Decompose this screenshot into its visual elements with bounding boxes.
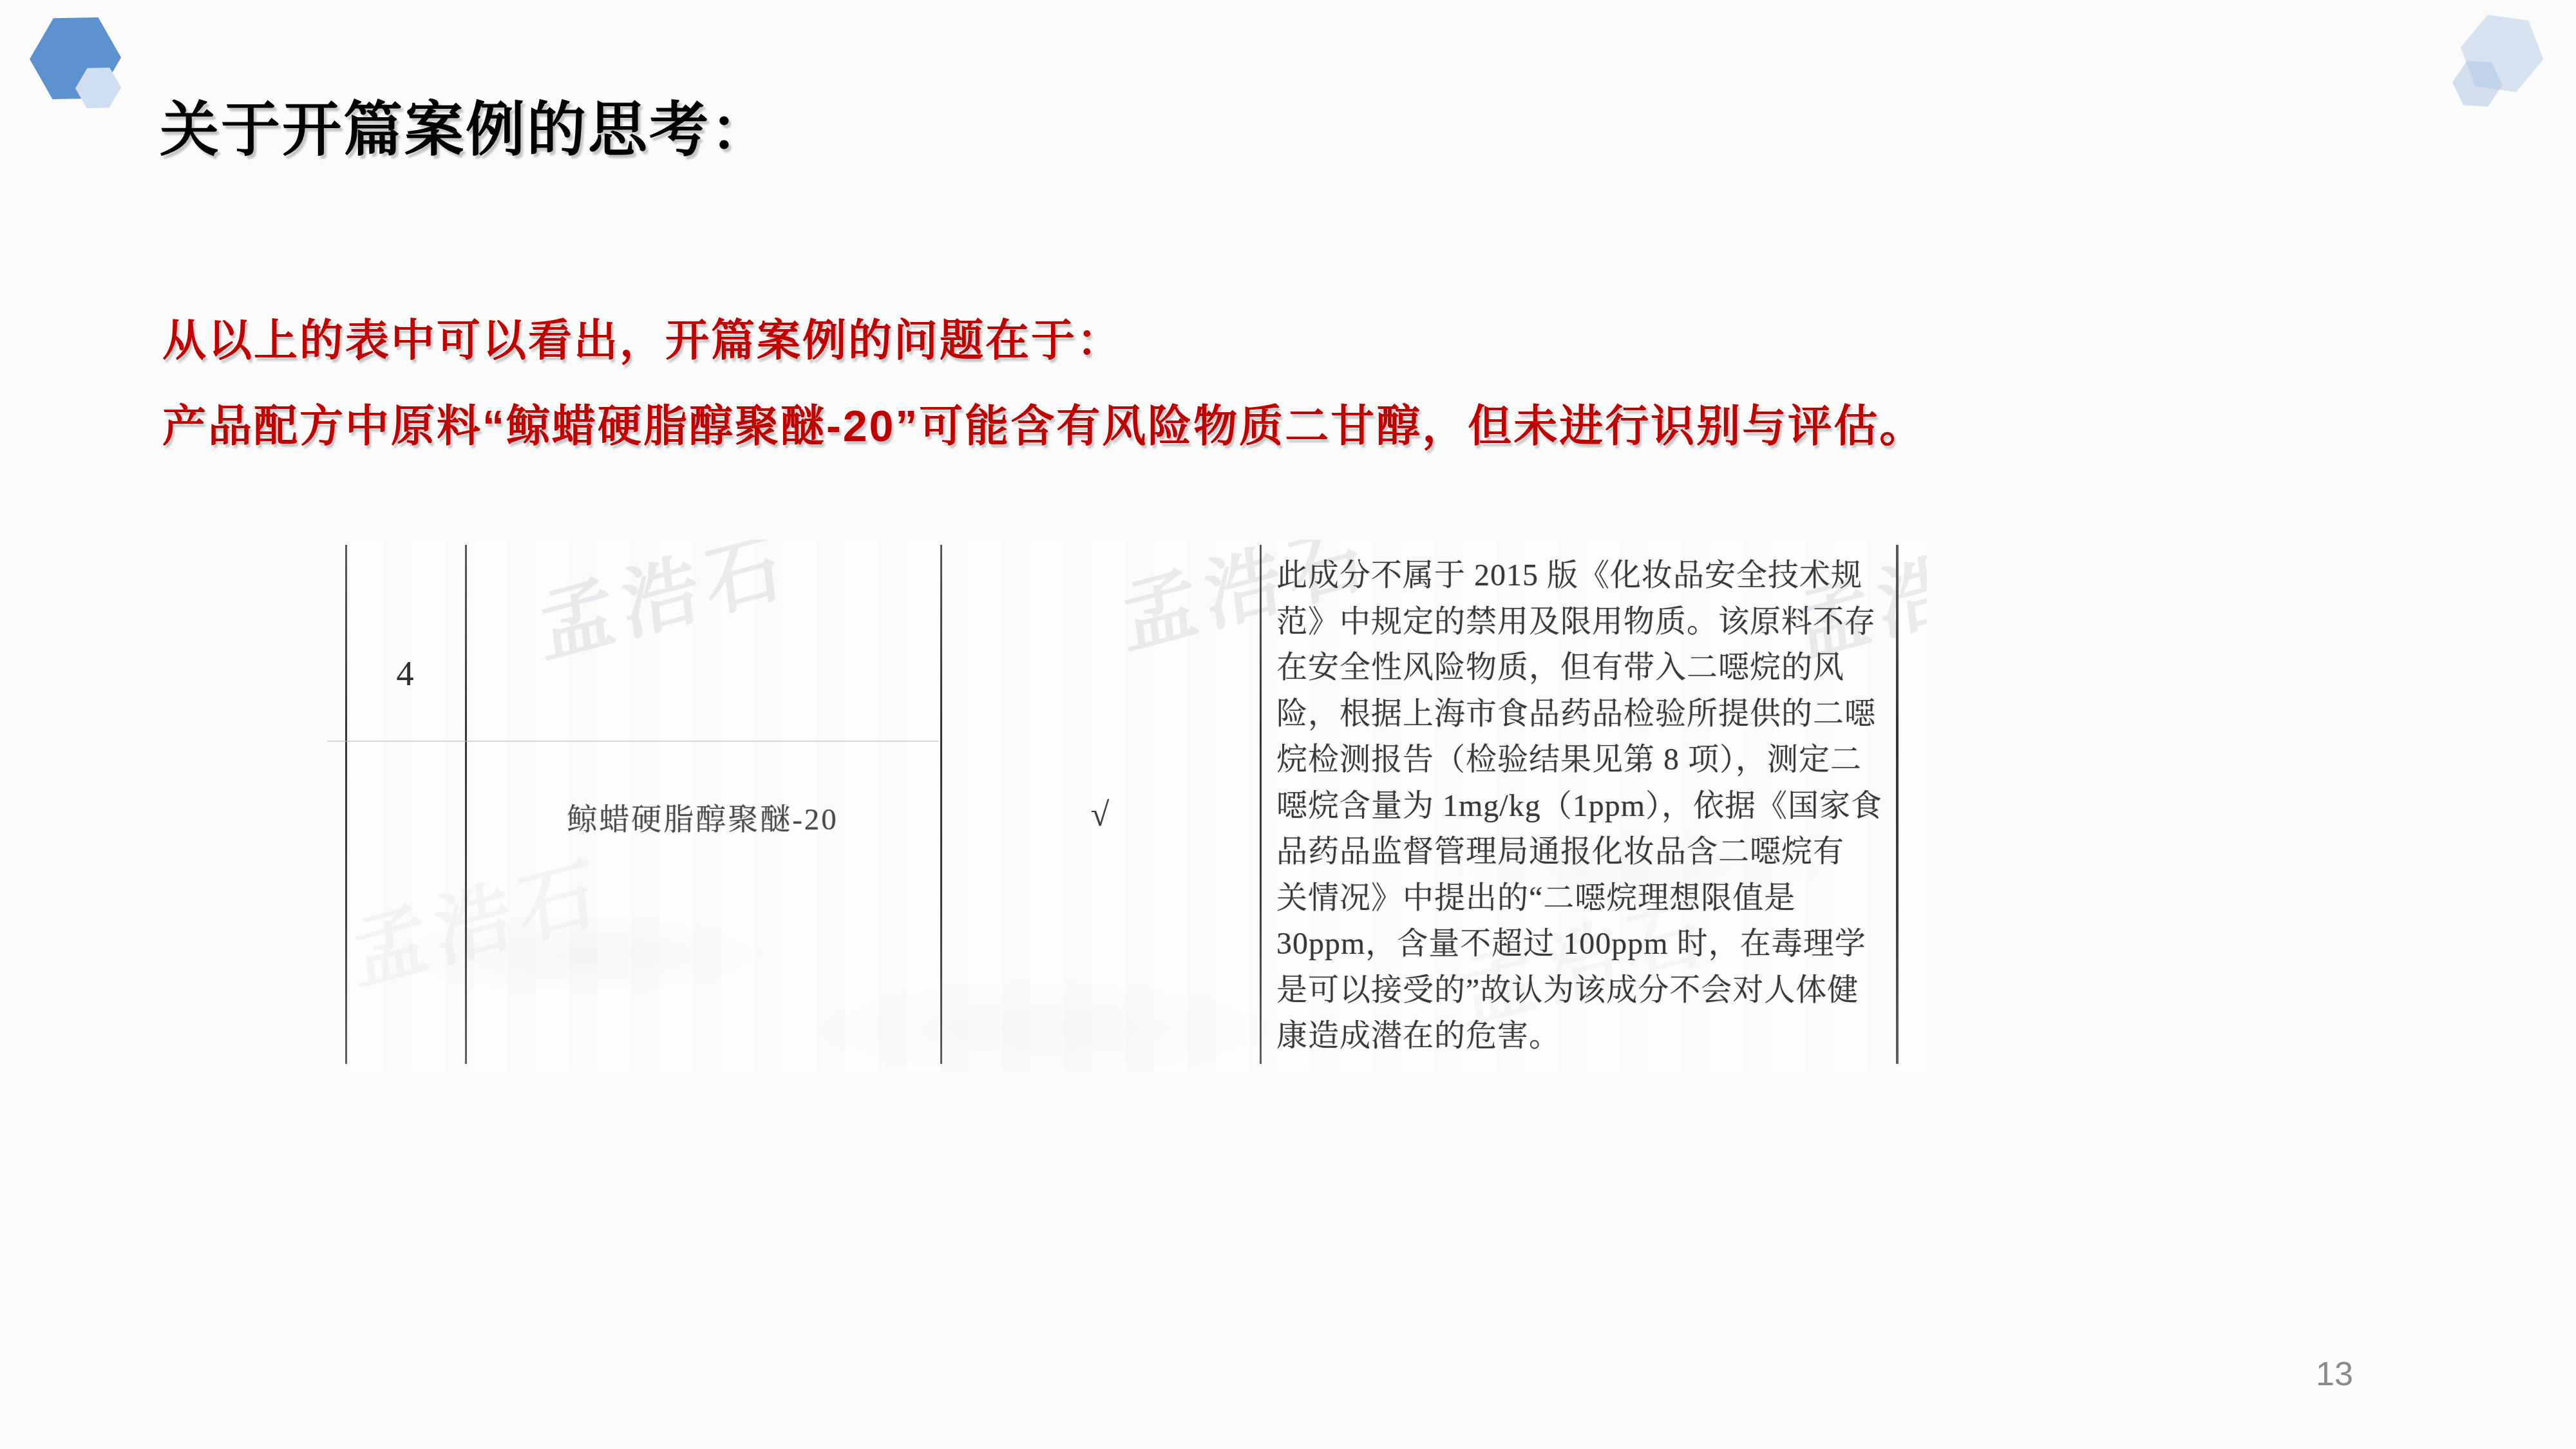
assessment-line: 噁烷含量为 1mg/kg（1ppm），依据《国家食 (1276, 783, 1888, 829)
scanned-table-image: 孟浩石 孟浩石 孟浩石 孟浩石 孟浩石 4 鲸蜡硬脂醇聚醚-20 √ 此成分不属… (322, 540, 1927, 1072)
table-vertical-line (345, 545, 347, 1064)
table-faint-row-line (327, 741, 939, 742)
assessment-line: 康造成潜在的危害。 (1276, 1013, 1888, 1059)
assessment-line: 30ppm，含量不超过 100ppm 时，在毒理学 (1276, 921, 1888, 967)
assessment-line: 范》中规定的禁用及限用物质。该原料不存 (1276, 599, 1888, 645)
watermark: 孟浩石 (532, 540, 795, 679)
assessment-line: 是可以接受的”故认为该成分不会对人体健 (1276, 967, 1888, 1014)
table-cell-checkmark: √ (940, 796, 1260, 834)
table-cell-row-number: 4 (345, 656, 465, 692)
commentary-line-2: 产品配方中原料“鲸蜡硬脂醇聚醚-20”可能含有风险物质二甘醇，但未进行识别与评估… (162, 404, 1925, 450)
page-number: 13 (2316, 1356, 2353, 1393)
table-vertical-line (1896, 545, 1899, 1064)
table-vertical-line (1260, 545, 1262, 1064)
table-cell-assessment: 此成分不属于 2015 版《化妆品安全技术规范》中规定的禁用及限用物质。该原料不… (1276, 553, 1888, 1059)
assessment-line: 品药品监督管理局通报化妆品含二噁烷有 (1276, 829, 1888, 875)
assessment-line: 烷检测报告（检验结果见第 8 项），测定二 (1276, 737, 1888, 783)
assessment-line: 关情况》中提出的“二噁烷理想限值是 (1276, 875, 1888, 922)
table-cell-ingredient: 鲸蜡硬脂醇聚醚-20 (465, 795, 940, 838)
assessment-line: 此成分不属于 2015 版《化妆品安全技术规 (1276, 553, 1888, 599)
slide: 关于开篇案例的思考： 从以上的表中可以看出，开篇案例的问题在于： 产品配方中原料… (0, 0, 2576, 1449)
watermark: 孟浩石 (345, 828, 609, 1006)
commentary-line-1: 从以上的表中可以看出，开篇案例的问题在于： (162, 318, 1122, 364)
assessment-line: 在安全性风险物质，但有带入二噁烷的风 (1276, 645, 1888, 691)
slide-title: 关于开篇案例的思考： (160, 100, 772, 160)
assessment-line: 险，根据上海市食品药品检验所提供的二噁 (1276, 691, 1888, 737)
